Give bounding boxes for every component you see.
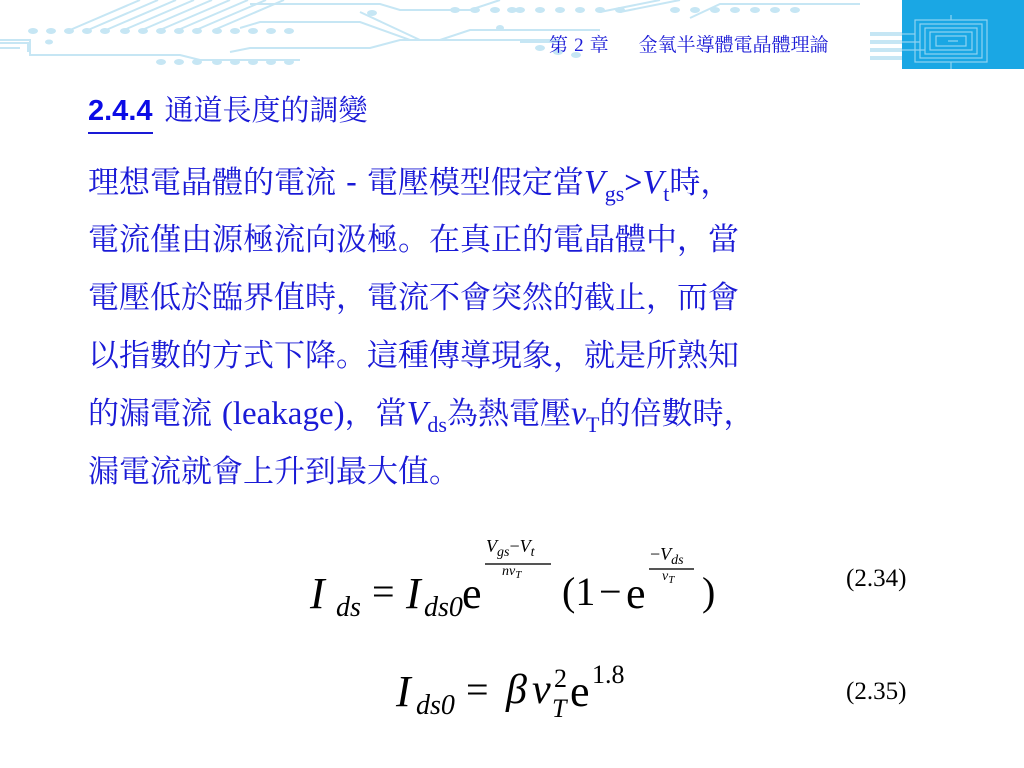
text: 理想電晶體的電流 - 電壓模型假定當: [88, 165, 584, 201]
subscript: ds: [671, 553, 683, 568]
body-paragraph: 理想電晶體的電流 - 電壓模型假定當Vgs>Vt時， 電流僅由源極流向汲極。在真…: [88, 153, 948, 501]
eq-equals: =: [466, 666, 489, 713]
eq-lhs-I: I: [396, 666, 411, 717]
eq-v: v: [532, 666, 551, 714]
eq-lhs-I: I: [310, 568, 325, 619]
var-v: V: [642, 164, 663, 201]
var-v: V: [486, 536, 497, 556]
subscript: T: [586, 412, 599, 437]
eq-e-superscript: 1.8: [592, 660, 625, 690]
exp2-denominator: vT: [662, 569, 674, 586]
eq-exp-e: e: [626, 568, 646, 619]
subscript: T: [668, 574, 674, 586]
eq-lhs-sub: ds0: [416, 690, 455, 722]
chapter-title: 金氧半導體電晶體理論: [639, 34, 829, 56]
eq-rhs-sub: ds0: [424, 592, 463, 624]
paragraph-line-1: 理想電晶體的電流 - 電壓模型假定當Vgs>Vt時，: [88, 153, 948, 211]
subscript: gs: [605, 181, 625, 206]
text: 的倍數時，: [600, 396, 755, 432]
chapter-suffix: 章: [590, 34, 609, 56]
var-v: v: [571, 395, 586, 432]
eq-exp-e: e: [462, 568, 482, 619]
eq-lhs-sub: ds: [336, 592, 361, 624]
latin-term: (leakage): [222, 396, 345, 432]
eq-v-superscript: 2: [554, 664, 567, 694]
eq-minus: −: [599, 568, 622, 615]
var-v: V: [584, 164, 605, 201]
chapter-number: 2: [574, 35, 584, 56]
minus: −: [509, 536, 519, 556]
eq-rhs-I: I: [406, 568, 421, 619]
exp1-numerator: Vgs−Vt: [486, 536, 535, 561]
paragraph-line-3: 電壓低於臨界值時，電流不會突然的截止，而會: [88, 269, 948, 327]
eq-beta: β: [506, 666, 527, 714]
subscript: gs: [497, 545, 509, 560]
equation-label-2-35: (2.35): [846, 678, 906, 706]
eq-exp-e: e: [570, 666, 590, 717]
var-n: n: [502, 564, 509, 579]
subscript: ds: [427, 412, 447, 437]
minus: −: [650, 544, 660, 564]
paragraph-line-5: 的漏電流 (leakage)，當Vds為熱電壓vT的倍數時，: [88, 385, 948, 443]
var-v: V: [660, 544, 671, 564]
eq-v-subscript: T: [552, 694, 566, 724]
equation-2-34: I ds = I ds0 e Vgs−Vt nvT (1 − e −Vds vT…: [310, 536, 730, 626]
paragraph-line-4: 以指數的方式下降。這種傳導現象，就是所熟知: [88, 327, 948, 385]
text: 的漏電流: [88, 396, 222, 432]
greater-than: >: [624, 164, 642, 200]
eq-paren-open: (1: [562, 568, 595, 615]
section-title: 通道長度的調變: [165, 88, 368, 129]
header-banner: 第 2 章 金氧半導體電晶體理論: [0, 0, 1024, 75]
text: ，當: [345, 396, 407, 432]
var-v: V: [520, 536, 531, 556]
text: 為熱電壓: [447, 396, 571, 432]
circuit-pattern-icon: [0, 0, 1024, 75]
subscript: T: [515, 569, 521, 581]
equation-2-35: I ds0 = β v 2 T e 1.8: [396, 660, 656, 730]
chapter-prefix: 第: [549, 34, 568, 56]
eq-equals: =: [372, 568, 395, 615]
section-number: 2.4.4: [88, 95, 153, 134]
subscript: t: [531, 545, 535, 560]
chapter-header: 第 2 章 金氧半導體電晶體理論: [549, 30, 829, 57]
exp1-denominator: nvT: [502, 564, 521, 581]
eq-paren-close: ): [702, 568, 715, 615]
paragraph-line-2: 電流僅由源極流向汲極。在真正的電晶體中，當: [88, 211, 948, 269]
var-v: V: [407, 395, 428, 432]
paragraph-line-6: 漏電流就會上升到最大值。: [88, 443, 948, 501]
text: 時，: [669, 165, 731, 201]
equation-label-2-34: (2.34): [846, 565, 906, 593]
section-heading: 2.4.4 通道長度的調變: [88, 88, 368, 134]
exp2-numerator: −Vds: [650, 544, 684, 569]
